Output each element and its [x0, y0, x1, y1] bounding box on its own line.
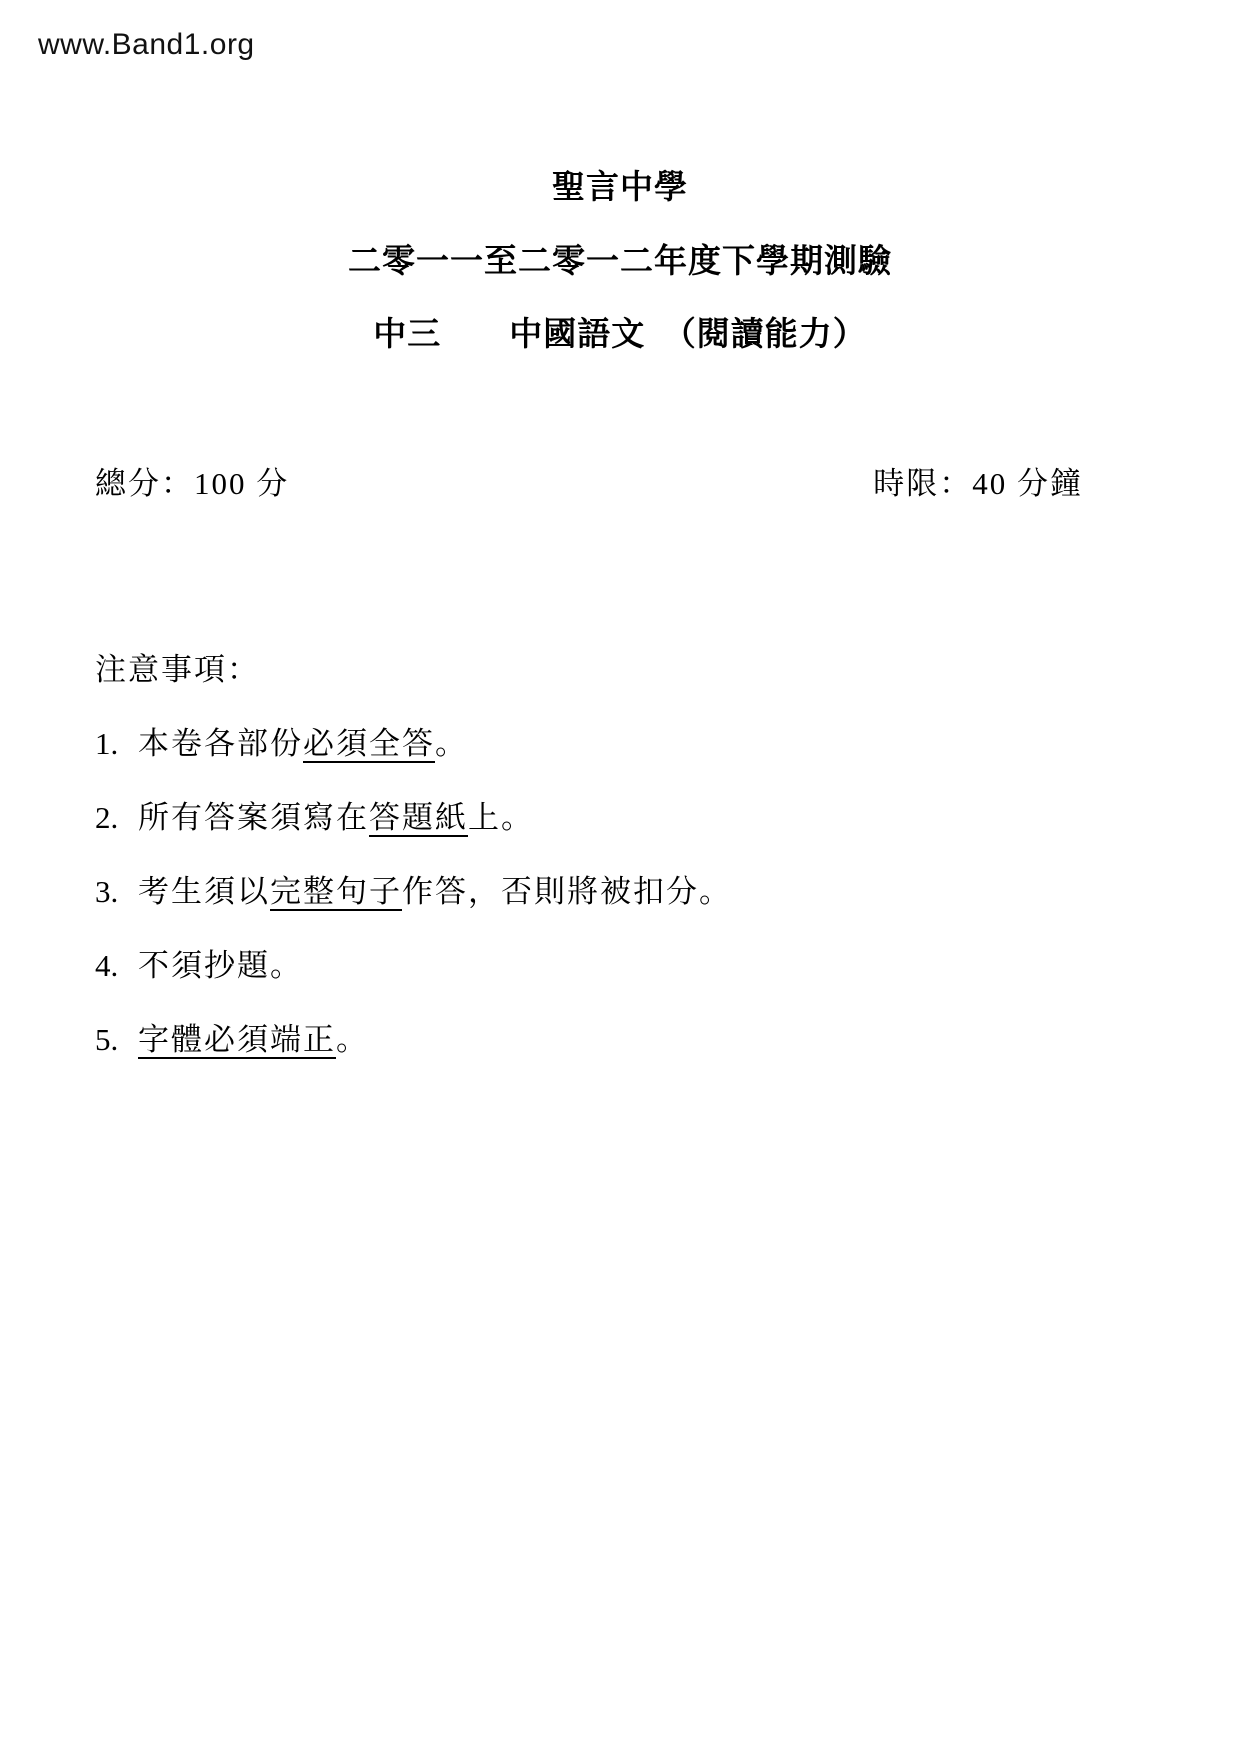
exam-paper-page: www.Band1.org 聖言中學 二零一一至二零一二年度下學期測驗 中三 中… [0, 0, 1240, 1754]
instruction-item-1: 1.本卷各部份必須全答。 [95, 721, 1160, 767]
item-2-text: 所有答案須寫在 [138, 800, 369, 835]
item-2-text-end: 上。 [468, 800, 534, 835]
instruction-item-4: 4.不須抄題。 [95, 943, 1160, 989]
instruction-item-3: 3.考生須以完整句子作答，否則將被扣分。 [95, 869, 1160, 915]
exam-term-title: 二零一一至二零一二年度下學期測驗 [0, 240, 1240, 284]
item-3-text-end: 作答，否則將被扣分。 [402, 874, 732, 909]
item-5-number: 5. [95, 1017, 138, 1063]
item-4-text: 不須抄題。 [138, 948, 303, 983]
item-1-underlined-text: 必須全答 [303, 726, 435, 761]
instructions-heading: 注意事項： [95, 647, 1160, 693]
item-3-text: 考生須以 [138, 874, 270, 909]
item-1-text: 本卷各部份 [138, 726, 303, 761]
time-limit-label: 時限：40 分鐘 [873, 462, 1083, 506]
total-marks-label: 總分：100 分 [95, 462, 289, 506]
instruction-item-2: 2.所有答案須寫在答題紙上。 [95, 795, 1160, 841]
item-5-text-end: 。 [336, 1022, 369, 1057]
item-2-number: 2. [95, 795, 138, 841]
watermark-url: www.Band1.org [38, 26, 255, 64]
item-3-number: 3. [95, 869, 138, 915]
instruction-item-5: 5.字體必須端正。 [95, 1017, 1160, 1063]
instructions-section: 注意事項： 1.本卷各部份必須全答。 2.所有答案須寫在答題紙上。 3.考生須以… [95, 647, 1160, 1063]
item-1-number: 1. [95, 721, 138, 767]
school-name: 聖言中學 [0, 166, 1240, 210]
exam-info-row: 總分：100 分 時限：40 分鐘 [95, 462, 1083, 506]
item-1-text-end: 。 [435, 726, 468, 761]
item-5-underlined-text: 字體必須端正 [138, 1022, 336, 1057]
item-2-underlined-text: 答題紙 [369, 800, 468, 835]
item-3-underlined-text: 完整句子 [270, 874, 402, 909]
class-subject-title: 中三 中國語文 （閱讀能力） [0, 313, 1240, 357]
item-4-number: 4. [95, 943, 138, 989]
